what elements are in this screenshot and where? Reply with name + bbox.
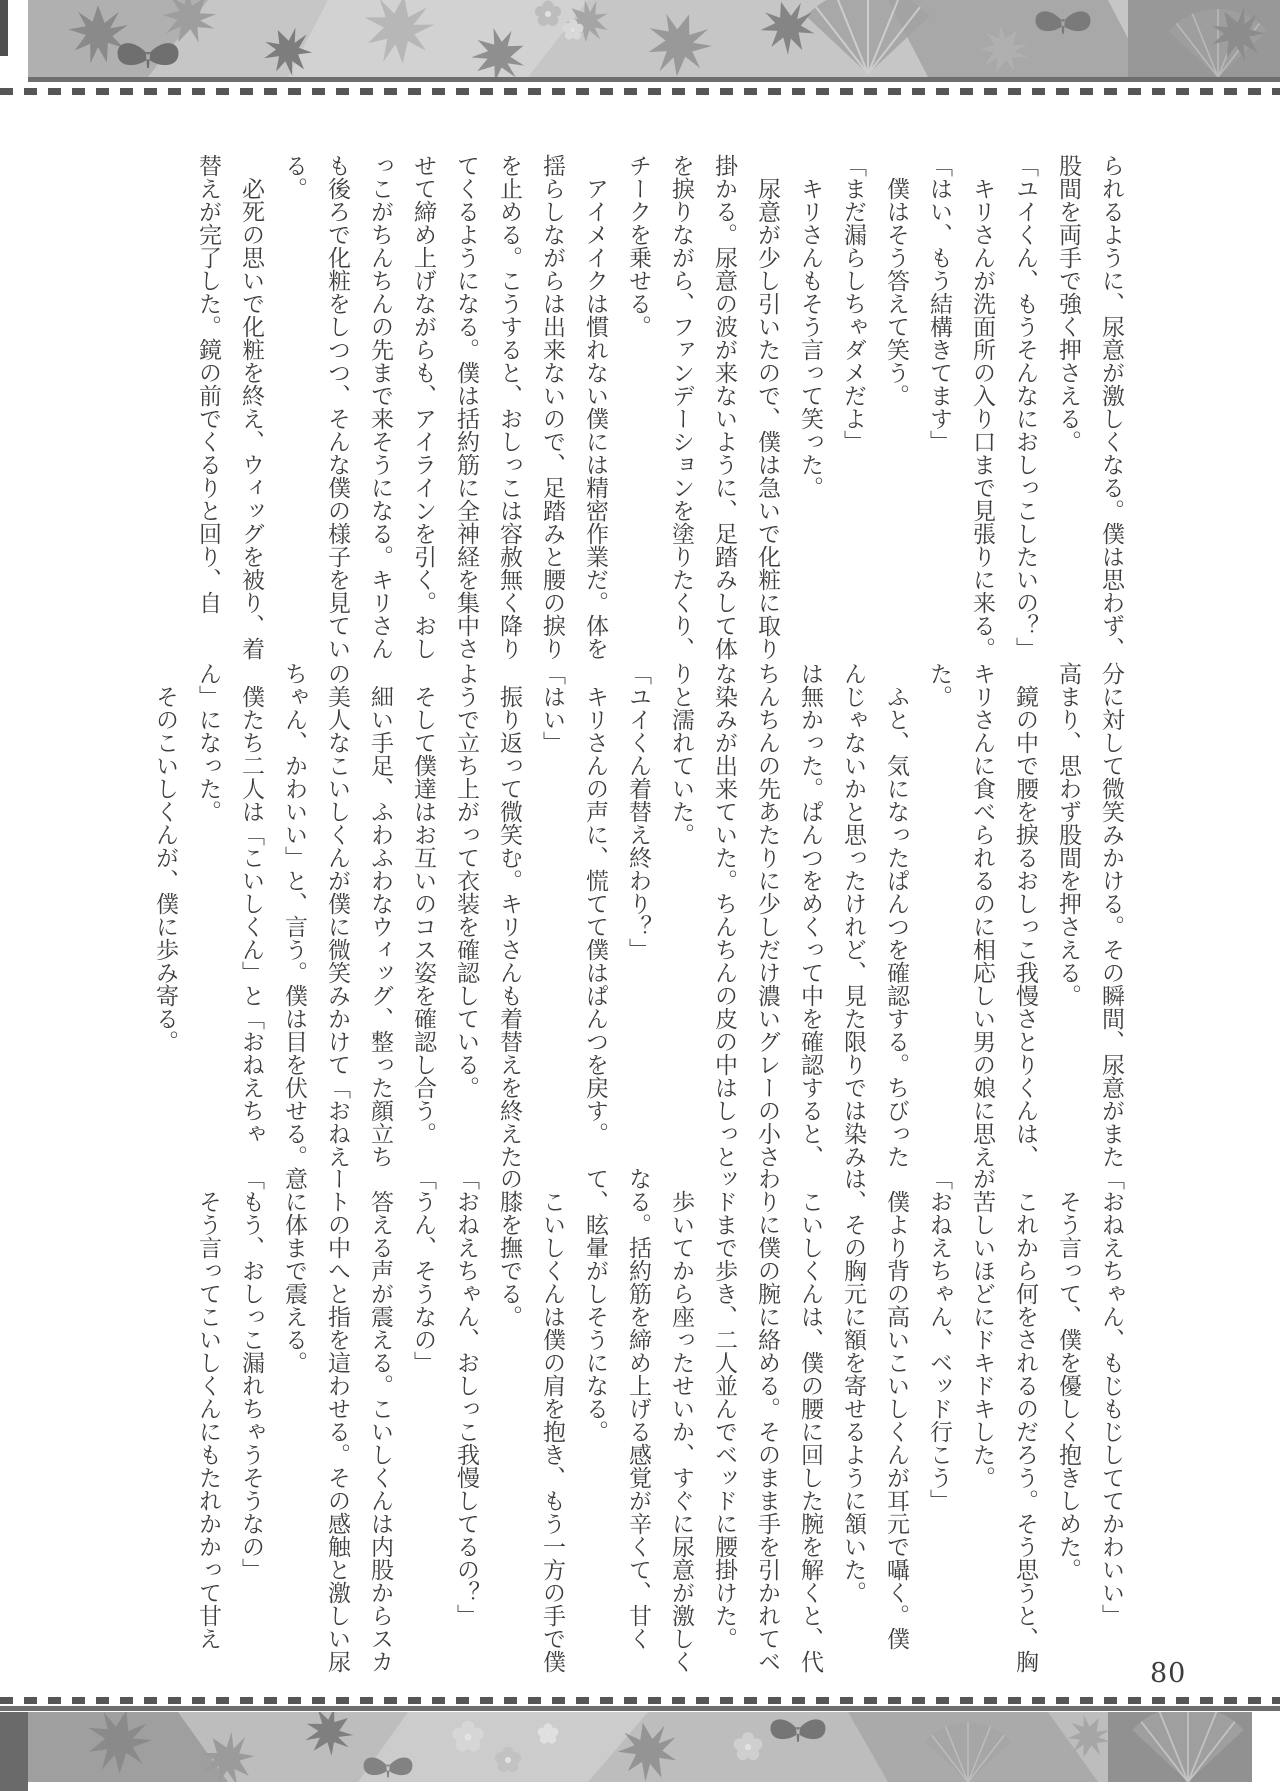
header-dashed-rule	[0, 88, 1280, 95]
paragraph: 「おねえちゃん、もじもじしててかわいい」	[1089, 1167, 1132, 1679]
paragraph: キリさんの声に、慌てて僕はぱんつを戻す。	[573, 662, 616, 1174]
header-collage-graphic	[28, 0, 1280, 77]
footer-rule	[0, 1706, 1280, 1711]
paragraph: 「ユイくん、もうそんなにおしっこしたいの？」	[1003, 154, 1046, 666]
paragraph: 「おねえちゃん、ベッド行こう」	[917, 1167, 960, 1679]
page-edge-mark-top	[0, 0, 8, 56]
paragraph: 「おねえちゃん、おしっこ我慢してるの？」	[444, 1167, 487, 1679]
paragraph: 「まだ漏らしちゃダメだよ」	[831, 154, 874, 666]
page-number: 80	[1150, 1658, 1186, 1689]
paragraph: 「もう、おしっこ漏れちゃうそうなの」	[229, 1167, 272, 1679]
paragraph: 分に対して微笑みかける。その瞬間、尿意がまた高まり、思わず股間を押さえる。	[1046, 662, 1132, 1174]
text-band-1: られるように、尿意が激しくなる。僕は思わず、股間を両手で強く押さえる。 「ユイく…	[115, 154, 1132, 666]
header-art	[28, 0, 1280, 77]
paragraph: 僕はそう答えて笑う。	[874, 154, 917, 666]
paragraph: こいしくんは僕の肩を抱き、もう一方の手で僕の膝を撫でる。	[487, 1167, 573, 1679]
paragraph: 「はい」	[530, 662, 573, 1174]
footer-collage-graphic	[28, 1712, 1252, 1782]
paragraph: 歩いてから座ったせいか、すぐに尿意が激しくなる。括約筋を締め上げる感覚が辛くて、…	[573, 1167, 702, 1679]
paragraph: 尿意が少し引いたので、僕は急いで化粧に取り掛かる。尿意の波が来ないように、足踏み…	[616, 154, 788, 666]
paragraph: アイメイクは慣れない僕には精密作業だ。体を揺らしながらは出来ないので、足踏みと腰…	[272, 154, 616, 666]
paragraph: ふと、気になったぱんつを確認する。ちびったんじゃないかと思ったけれど、見た限りで…	[659, 662, 917, 1174]
paragraph: そのこいしくんが、僕に歩み寄る。	[143, 662, 186, 1174]
paragraph: 「ユイくん着替え終わり？」	[616, 662, 659, 1174]
paragraph: こいしくんは、僕の腰に回した腕を解くと、代わりに僕の腕に絡める。そのまま手を引か…	[702, 1167, 831, 1679]
page-edge-mark-bottom	[0, 1712, 28, 1791]
page: られるように、尿意が激しくなる。僕は思わず、股間を両手で強く押さえる。 「ユイく…	[0, 0, 1280, 1791]
text-band-2: 分に対して微笑みかける。その瞬間、尿意がまた高まり、思わず股間を押さえる。 鏡の…	[115, 662, 1132, 1174]
paragraph: キリさんが洗面所の入り口まで見張りに来る。	[960, 154, 1003, 666]
paragraph: そう言って、僕を優しく抱きしめた。	[1046, 1167, 1089, 1679]
paragraph: 「うん、そうなの」	[401, 1167, 444, 1679]
paragraph: 僕より背の高いこいしくんが耳元で囁く。僕は、その胸元に額を寄せるように頷いた。	[831, 1167, 917, 1679]
paragraph: 「はい、もう結構きてます」	[917, 154, 960, 666]
text-band-3: 「おねえちゃん、もじもじしててかわいい」 そう言って、僕を優しく抱きしめた。 こ…	[115, 1167, 1132, 1679]
paragraph: 答える声が震える。こいしくんは内股からスカートの中へと指を這わせる。その感触と激…	[272, 1167, 401, 1679]
paragraph: キリさんもそう言って笑った。	[788, 154, 831, 666]
paragraph: 鏡の中で腰を捩るおしっこ我慢さとりくんは、キリさんに食べられるのに相応しい男の娘…	[917, 662, 1046, 1174]
paragraph: 必死の思いで化粧を終え、ウィッグを被り、着替えが完了した。鏡の前でくるりと回り、…	[186, 154, 272, 666]
paragraph: 僕たち二人は「こいしくん」と「おねえちゃん」になった。	[186, 662, 272, 1174]
footer-art	[28, 1712, 1280, 1782]
paragraph: られるように、尿意が激しくなる。僕は思わず、股間を両手で強く押さえる。	[1046, 154, 1132, 666]
paragraph: これから何をされるのだろう。そう思うと、胸が苦しいほどにドキドキした。	[960, 1167, 1046, 1679]
paragraph: 振り返って微笑む。キリさんも着替えを終えたようで立ち上がって衣装を確認している。	[444, 662, 530, 1174]
footer-dashed-rule	[0, 1697, 1280, 1704]
paragraph: そして僕達はお互いのコス姿を確認し合う。	[401, 662, 444, 1174]
header-rule	[28, 77, 1280, 82]
paragraph: 細い手足、ふわふわなウィッグ、整った顔立ちの美人なこいしくんが僕に微笑みかけて「…	[272, 662, 401, 1174]
paragraph: そう言ってこいしくんにもたれかかって甘え	[186, 1167, 229, 1679]
